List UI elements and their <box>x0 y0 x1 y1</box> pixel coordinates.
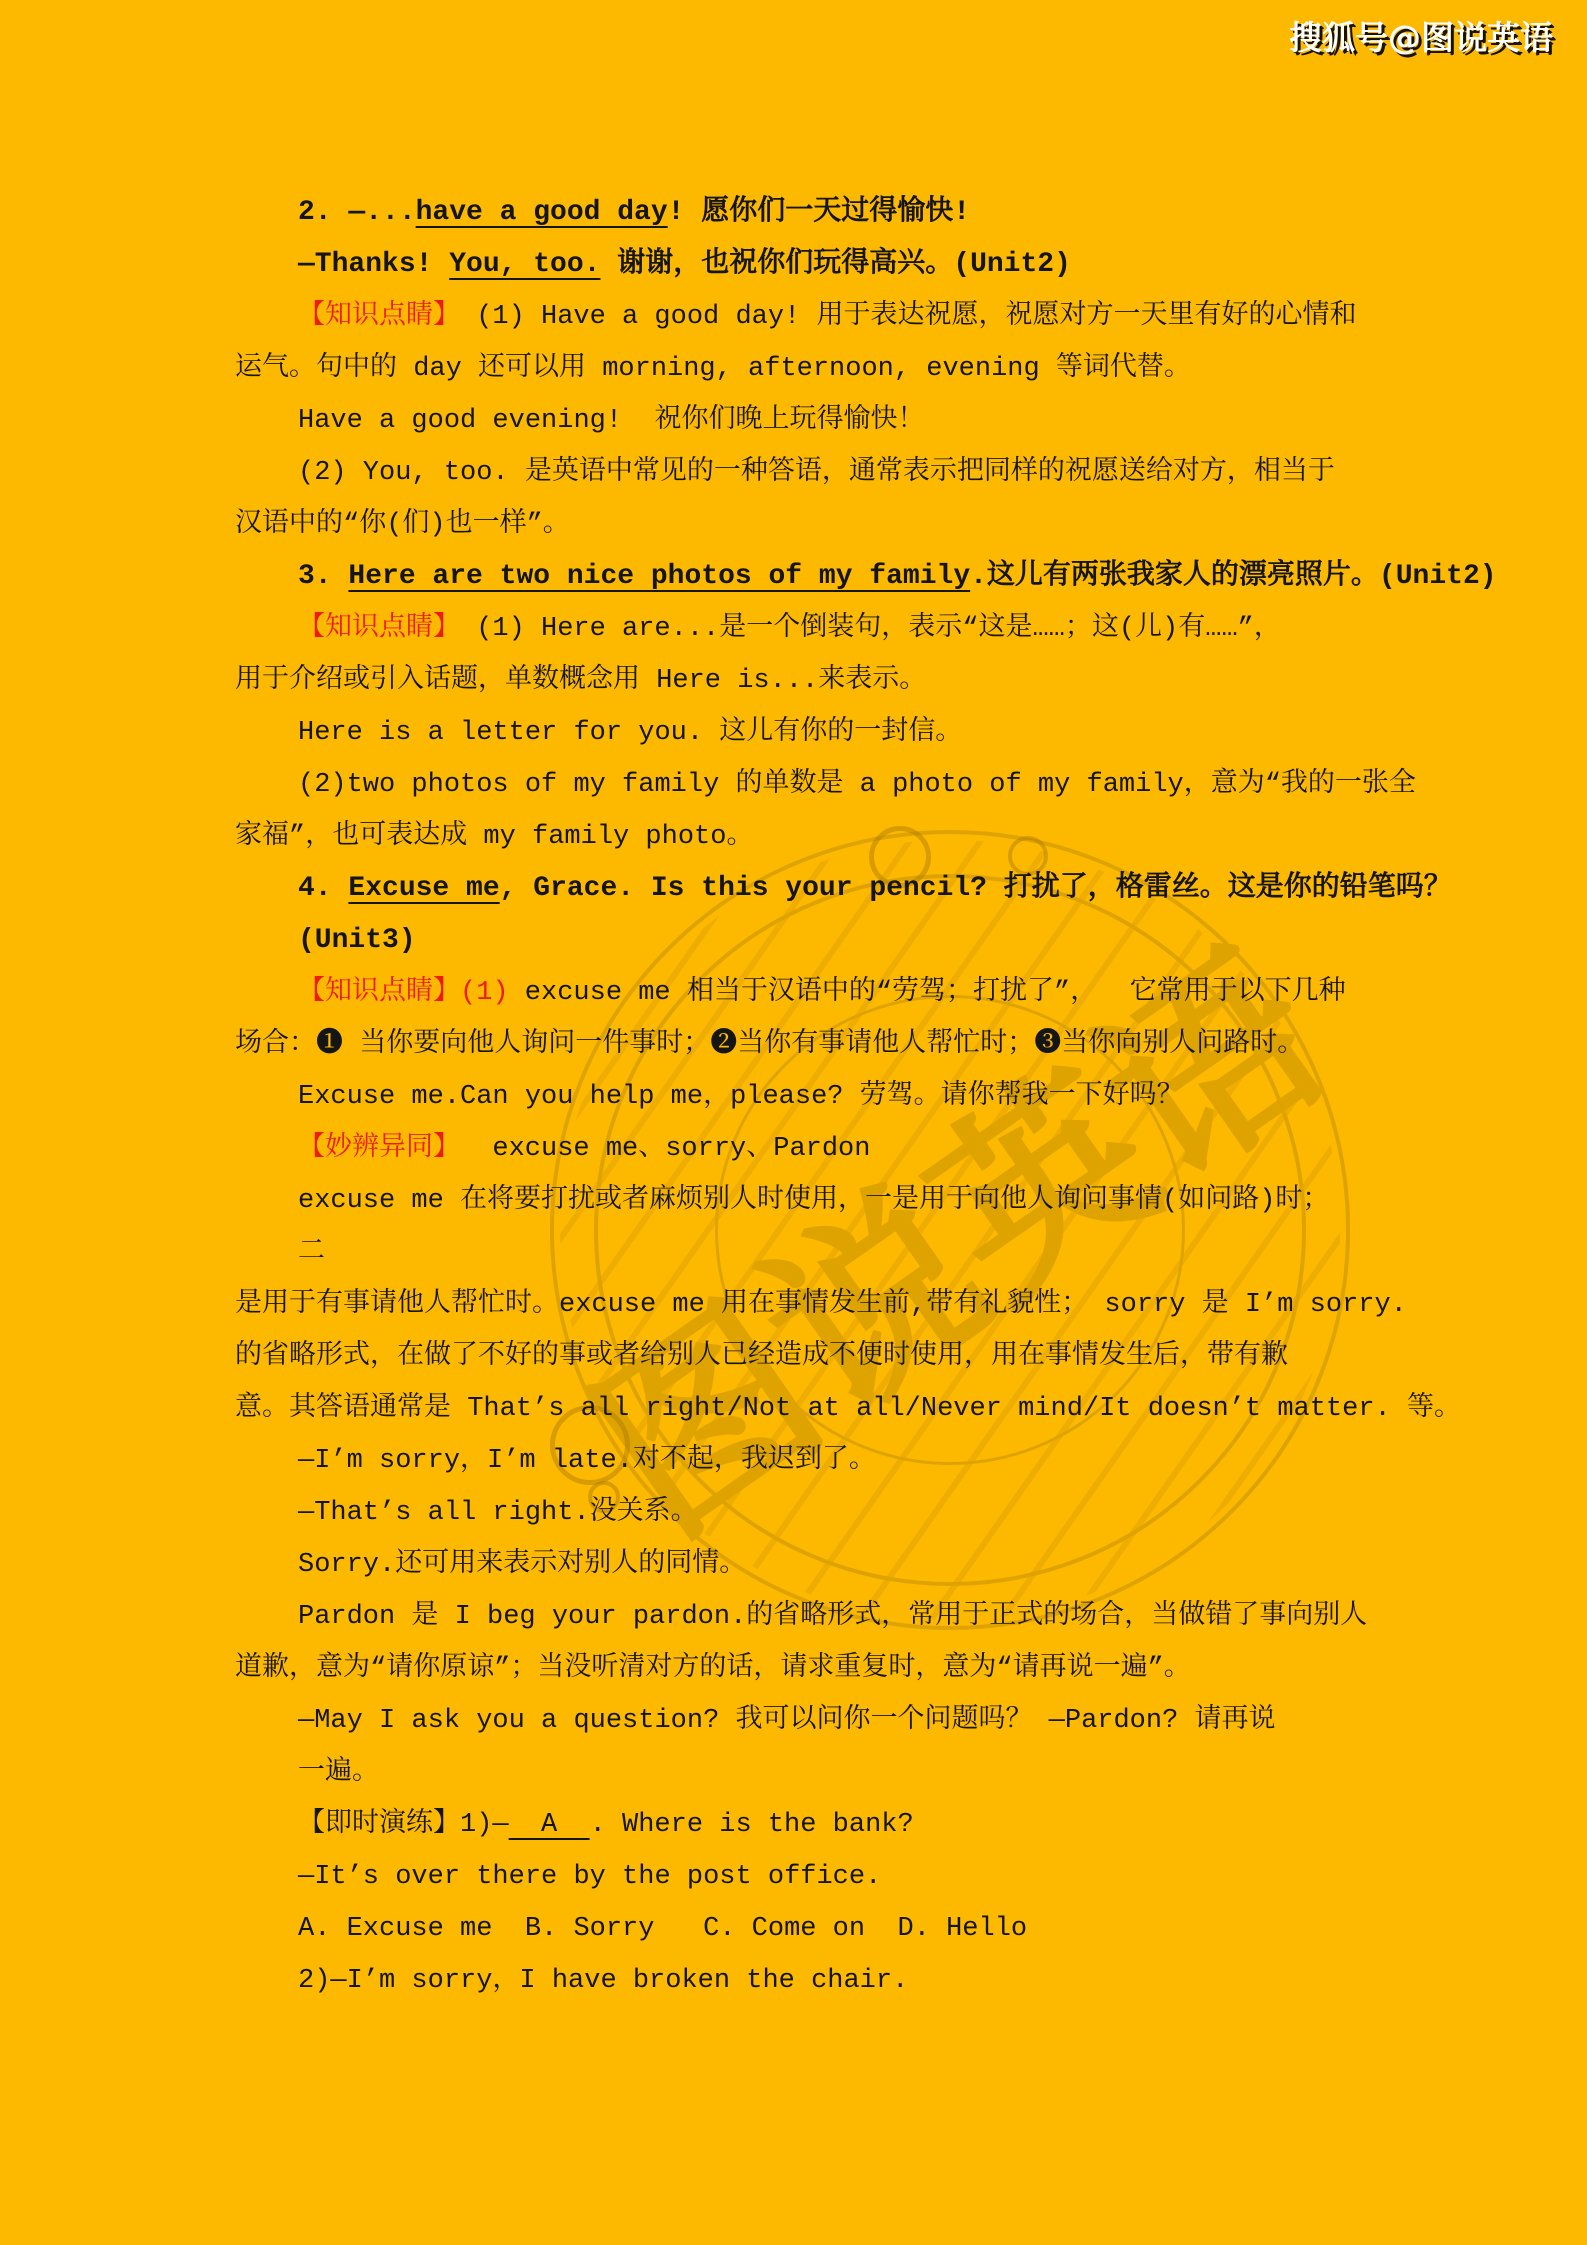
text-segment: 2. —... <box>298 197 416 228</box>
text-line: 【知识点睛】(1) excuse me 相当于汉语中的“劳驾；打扰了”， 它常用… <box>235 967 1415 1019</box>
section-label: 【知识点睛】 <box>298 302 460 332</box>
text-segment: , Grace. Is this your pencil? 打扰了，格雷丝。这是… <box>500 873 1452 904</box>
text-segment: (1) Have a good day! 用于表达祝愿，祝愿对方一天里有好的心情… <box>460 302 1356 332</box>
underlined-phrase: You, too. <box>449 249 600 280</box>
text-line: 2. —...have a good day! 愿你们一天过得愉快! <box>235 187 1415 239</box>
text-segment: Sorry.还可用来表示对别人的同情。 <box>298 1550 746 1580</box>
text-segment: 谢谢，也祝你们玩得高兴。(Unit2) <box>600 249 1070 280</box>
text-segment: excuse me 在将要打扰或者麻烦别人时使用，一是用于向他人询问事情(如问路… <box>298 1186 1329 1216</box>
text-line: 家福”，也可表达成 my family photo。 <box>235 811 1415 863</box>
text-segment: 二 <box>298 1238 325 1268</box>
text-line: A. Excuse me B. Sorry C. Come on D. Hell… <box>235 1903 1415 1955</box>
text-segment: 道歉，意为“请你原谅”；当没听清对方的话，请求重复时，意为“请再说一遍”。 <box>235 1654 1191 1684</box>
text-line: Have a good evening! 祝你们晚上玩得愉快！ <box>235 395 1415 447</box>
text-line: Pardon 是 I beg your pardon.的省略形式，常用于正式的场… <box>235 1591 1415 1643</box>
underlined-phrase: have a good day <box>416 197 668 228</box>
text-segment: A. Excuse me B. Sorry C. Come on D. Hell… <box>298 1914 1027 1944</box>
section-label: 【妙辨异同】 <box>298 1134 460 1164</box>
text-line: excuse me 在将要打扰或者麻烦别人时使用，一是用于向他人询问事情(如问路… <box>235 1175 1415 1227</box>
text-line: (2)two photos of my family 的单数是 a photo … <box>235 759 1415 811</box>
text-segment: Pardon 是 I beg your pardon.的省略形式，常用于正式的场… <box>298 1602 1367 1632</box>
text-line: 4. Excuse me, Grace. Is this your pencil… <box>235 863 1415 915</box>
text-line: 【妙辨异同】 excuse me、sorry、Pardon <box>235 1123 1415 1175</box>
text-line: —Thanks! You, too. 谢谢，也祝你们玩得高兴。(Unit2) <box>235 239 1415 291</box>
text-segment: 一遍。 <box>298 1758 379 1788</box>
text-line: 3. Here are two nice photos of my family… <box>235 551 1415 603</box>
text-line: 用于介绍或引入话题，单数概念用 Here is...来表示。 <box>235 655 1415 707</box>
document-content: 2. —...have a good day! 愿你们一天过得愉快!—Thank… <box>235 187 1415 2007</box>
underlined-phrase: Excuse me <box>348 873 499 904</box>
text-line: Excuse me.Can you help me，please? 劳驾。请你帮… <box>235 1071 1415 1123</box>
text-line: 【知识点睛】 (1) Have a good day! 用于表达祝愿，祝愿对方一… <box>235 291 1415 343</box>
section-label: 【知识点睛】(1) <box>298 978 509 1008</box>
text-segment: —May I ask you a question? 我可以问你一个问题吗？ —… <box>298 1706 1276 1736</box>
sohu-channel-watermark: 搜狐号@图说英语 <box>1289 12 1553 59</box>
text-segment: 运气。句中的 day 还可以用 morning, afternoon, even… <box>235 354 1191 384</box>
text-line: Sorry.还可用来表示对别人的同情。 <box>235 1539 1415 1591</box>
text-segment: (Unit3) <box>298 925 416 956</box>
text-segment: . Where is the bank? <box>590 1810 914 1840</box>
text-segment: Here is a letter for you. 这儿有你的一封信。 <box>298 718 962 748</box>
text-line: 【即时演练】1)— A . Where is the bank? <box>235 1799 1415 1851</box>
text-line: 道歉，意为“请你原谅”；当没听清对方的话，请求重复时，意为“请再说一遍”。 <box>235 1643 1415 1695</box>
text-line: 的省略形式，在做了不好的事或者给别人已经造成不便时使用，用在事情发生后，带有歉 <box>235 1331 1415 1383</box>
text-segment: 场合：❶ 当你要向他人询问一件事时；❷当你有事请他人帮忙时；❸当你向别人问路时。 <box>235 1030 1304 1060</box>
underlined-phrase: Here are two nice photos of my family <box>348 561 970 592</box>
text-segment: ! 愿你们一天过得愉快! <box>668 197 970 228</box>
text-line: (2) You, too. 是英语中常见的一种答语，通常表示把同样的祝愿送给对方… <box>235 447 1415 499</box>
text-line: 二 <box>235 1227 1415 1279</box>
text-segment: (1) Here are...是一个倒装句，表示“这是……；这(儿)有……”， <box>460 614 1281 644</box>
text-line: 是用于有事请他人帮忙时。excuse me 用在事情发生前,带有礼貌性； sor… <box>235 1279 1415 1331</box>
text-line: Here is a letter for you. 这儿有你的一封信。 <box>235 707 1415 759</box>
text-segment: 【即时演练】1)— <box>298 1810 509 1840</box>
text-line: —I’m sorry，I’m late.对不起，我迟到了。 <box>235 1435 1415 1487</box>
text-line: 汉语中的“你(们)也一样”。 <box>235 499 1415 551</box>
text-segment: 意。其答语通常是 That’s all right/Not at all/Nev… <box>235 1394 1461 1424</box>
text-segment: —It’s over there by the post office. <box>298 1862 881 1892</box>
text-segment: 用于介绍或引入话题，单数概念用 Here is...来表示。 <box>235 666 926 696</box>
text-segment: 是用于有事请他人帮忙时。excuse me 用在事情发生前,带有礼貌性； sor… <box>235 1290 1407 1320</box>
document-page: 搜狐号@图说英语 图说英语 2. —...have a good day! 愿你… <box>0 0 1587 2245</box>
text-line: 2)—I’m sorry，I have broken the chair. <box>235 1955 1415 2007</box>
text-segment: (2) You, too. 是英语中常见的一种答语，通常表示把同样的祝愿送给对方… <box>298 458 1335 488</box>
text-segment: Excuse me.Can you help me，please? 劳驾。请你帮… <box>298 1082 1184 1112</box>
text-line: 一遍。 <box>235 1747 1415 1799</box>
section-label: 【知识点睛】 <box>298 614 460 644</box>
text-segment: —Thanks! <box>298 249 449 280</box>
text-segment: Have a good evening! 祝你们晚上玩得愉快！ <box>298 406 924 436</box>
text-segment: 汉语中的“你(们)也一样”。 <box>235 510 570 540</box>
text-line: 场合：❶ 当你要向他人询问一件事时；❷当你有事请他人帮忙时；❸当你向别人问路时。 <box>235 1019 1415 1071</box>
text-line: (Unit3) <box>235 915 1415 967</box>
text-line: 运气。句中的 day 还可以用 morning, afternoon, even… <box>235 343 1415 395</box>
text-segment: 的省略形式，在做了不好的事或者给别人已经造成不便时使用，用在事情发生后，带有歉 <box>235 1342 1288 1372</box>
text-line: —May I ask you a question? 我可以问你一个问题吗？ —… <box>235 1695 1415 1747</box>
text-segment: excuse me、sorry、Pardon <box>460 1134 870 1164</box>
text-segment: .这儿有两张我家人的漂亮照片。(Unit2) <box>970 561 1496 592</box>
text-segment: —I’m sorry，I’m late.对不起，我迟到了。 <box>298 1446 876 1476</box>
text-line: —That’s all right.没关系。 <box>235 1487 1415 1539</box>
text-segment: excuse me 相当于汉语中的“劳驾；打扰了”， 它常用于以下几种 <box>509 978 1346 1008</box>
text-line: —It’s over there by the post office. <box>235 1851 1415 1903</box>
text-line: 意。其答语通常是 That’s all right/Not at all/Nev… <box>235 1383 1415 1435</box>
text-segment: (2)two photos of my family 的单数是 a photo … <box>298 770 1416 800</box>
underlined-phrase: A <box>509 1810 590 1840</box>
text-segment: 家福”，也可表达成 my family photo。 <box>235 822 753 852</box>
text-segment: 2)—I’m sorry，I have broken the chair. <box>298 1966 908 1996</box>
text-line: 【知识点睛】 (1) Here are...是一个倒装句，表示“这是……；这(儿… <box>235 603 1415 655</box>
text-segment: 3. <box>298 561 348 592</box>
text-segment: —That’s all right.没关系。 <box>298 1498 698 1528</box>
text-segment: 4. <box>298 873 348 904</box>
